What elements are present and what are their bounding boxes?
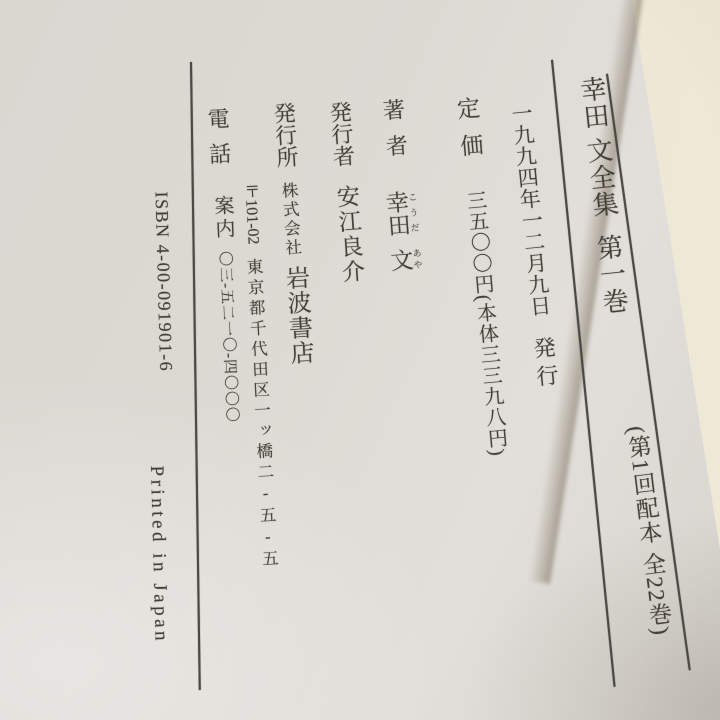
company-type: 株式会社 [279, 181, 301, 258]
book-colophon-photo: 幸田 文全集 第一巻 (第1回配本 全22巻) 一九九四年一二月九日 発行 定価… [0, 0, 720, 720]
phone-guide-label: 案内 [210, 195, 233, 242]
name-gap [397, 237, 399, 249]
author-name: 幸田こうだ文あや [382, 189, 423, 272]
phone-number: 〇三-五二一〇-四〇〇〇 [215, 251, 238, 424]
author-label: 著者 [380, 98, 409, 172]
publication-word: 発行 [531, 335, 560, 393]
publisher-label: 発行者 [327, 100, 355, 167]
postal-code: 〒101-02 [241, 183, 261, 245]
author-givenname: 文 [387, 248, 414, 273]
publishing-house-name: 岩波書店 [280, 265, 311, 366]
publisher-name: 安江良介 [333, 184, 364, 285]
price-label: 定価 [453, 96, 484, 172]
book-volume: 第一巻 [593, 232, 629, 315]
isbn-number: ISBN 4-00-091901-6 [151, 191, 175, 372]
author-givenname-furigana: あや [411, 247, 423, 271]
publishing-house-label: 発行所 [271, 101, 298, 168]
printed-in-japan-column: Printed in Japan [142, 465, 175, 644]
isbn-column: ISBN 4-00-091901-6 [148, 191, 179, 372]
printed-in-japan-text: Printed in Japan [146, 465, 171, 644]
phone-label: 電話 [205, 107, 231, 178]
author-surname-ruby: 幸田こうだ [382, 190, 411, 238]
author-givenname-ruby: 文あや [387, 248, 414, 273]
